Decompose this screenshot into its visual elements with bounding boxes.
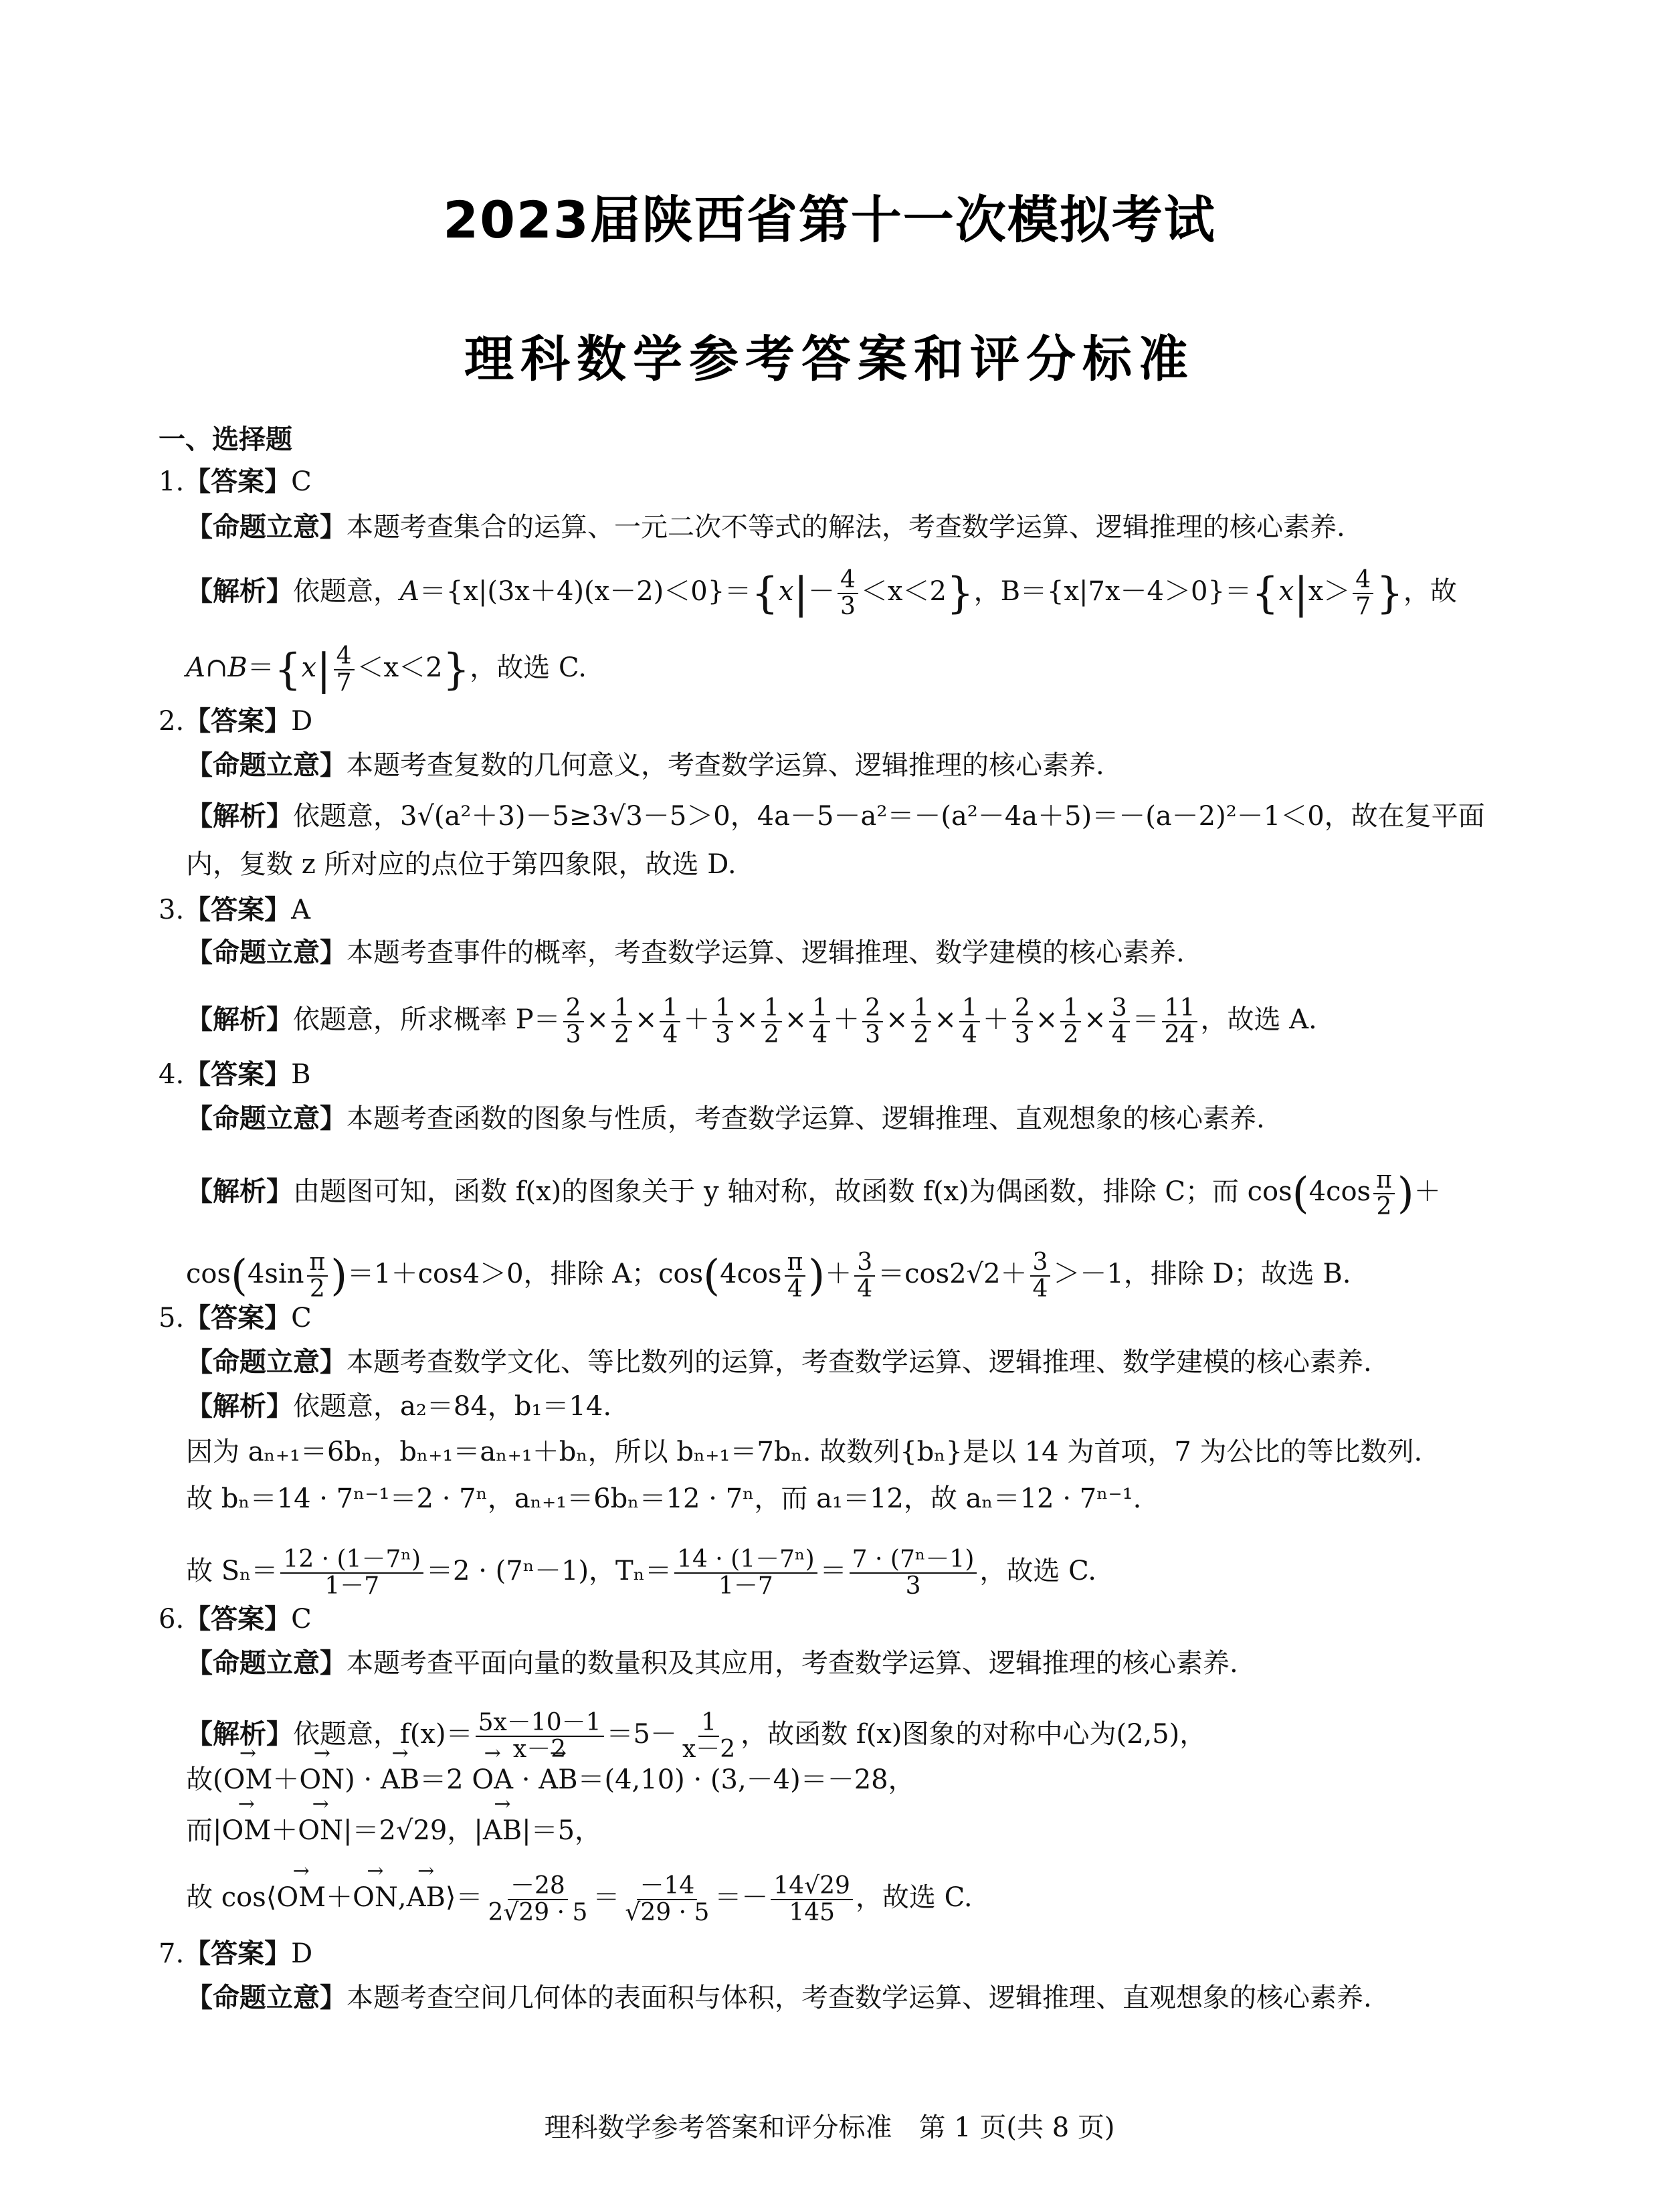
q3-intent: 【命题立意】本题考查事件的概率，考查数学运算、逻辑推理、数学建模的核心素养. bbox=[186, 939, 1185, 966]
text: ＝cos2√2＋ bbox=[878, 1259, 1027, 1289]
question-number: 2. bbox=[159, 706, 184, 737]
fraction: π2 bbox=[307, 1250, 328, 1302]
fraction: 1x－2 bbox=[680, 1710, 738, 1762]
intent-text: 本题考查函数的图象与性质，考查数学运算、逻辑推理、直观想象的核心素养. bbox=[347, 1103, 1265, 1134]
answer-label: 【答案】 bbox=[184, 705, 291, 737]
text: ，故选 C. bbox=[979, 1556, 1096, 1586]
question-number: 1. bbox=[159, 466, 184, 497]
intent-label: 【命题立意】 bbox=[186, 1647, 347, 1679]
answer-label: 【答案】 bbox=[184, 466, 291, 497]
intent-text: 本题考查复数的几何意义，考查数学运算、逻辑推理的核心素养. bbox=[347, 750, 1104, 781]
fraction: 34 bbox=[1109, 996, 1130, 1048]
fraction: 12 bbox=[611, 996, 632, 1048]
text: 由题图可知，函数 f(x)的图象关于 y 轴对称，故函数 f(x)为偶函数，排除… bbox=[293, 1176, 1292, 1207]
text: 依题意，3√(a²＋3)－5≥3√3－5＞0，4a－5－a²＝－(a²－4a＋5… bbox=[293, 801, 1485, 832]
intent-text: 本题考查数学文化、等比数列的运算，考查数学运算、逻辑推理、数学建模的核心素养. bbox=[347, 1347, 1372, 1378]
answer-label: 【答案】 bbox=[184, 1603, 291, 1635]
q5-analysis-line-3: 故 bₙ＝14 · 7ⁿ⁻¹＝2 · 7ⁿ，aₙ₊₁＝6bₙ＝12 · 7ⁿ，而… bbox=[186, 1485, 1141, 1512]
analysis-label: 【解析】 bbox=[186, 1390, 293, 1422]
intent-text: 本题考查集合的运算、一元二次不等式的解法，考查数学运算、逻辑推理的核心素养. bbox=[347, 512, 1345, 543]
answer-value: A bbox=[291, 895, 310, 925]
fraction: 14 bbox=[959, 996, 980, 1048]
q1-intent: 【命题立意】本题考查集合的运算、一元二次不等式的解法，考查数学运算、逻辑推理的核… bbox=[186, 514, 1345, 541]
q6-intent: 【命题立意】本题考查平面向量的数量积及其应用，考查数学运算、逻辑推理的核心素养. bbox=[186, 1650, 1238, 1677]
text: 依题意， bbox=[293, 576, 400, 607]
fraction: 34 bbox=[1030, 1250, 1051, 1302]
text: 因为 aₙ₊₁＝6bₙ，bₙ₊₁＝aₙ₊₁＋bₙ，所以 bₙ₊₁＝7bₙ. 故数… bbox=[186, 1437, 1422, 1467]
answer-value: D bbox=[291, 1938, 312, 1969]
analysis-label: 【解析】 bbox=[186, 800, 293, 832]
fraction: 7 · (7ⁿ－1)3 bbox=[850, 1547, 977, 1599]
answer-value: C bbox=[291, 1604, 312, 1635]
fraction: 43 bbox=[838, 567, 858, 620]
text: ，故选 C. bbox=[470, 652, 587, 683]
fraction: 1124 bbox=[1162, 996, 1198, 1048]
q2-analysis-line-1: 【解析】依题意，3√(a²＋3)－5≥3√3－5＞0，4a－5－a²＝－(a²－… bbox=[186, 803, 1485, 830]
text: ＝5－ bbox=[607, 1719, 677, 1750]
fraction: π4 bbox=[785, 1250, 806, 1302]
q7-intent: 【命题立意】本题考查空间几何体的表面积与体积，考查数学运算、逻辑推理、直观想象的… bbox=[186, 1985, 1372, 2011]
text: 故 bₙ＝14 · 7ⁿ⁻¹＝2 · 7ⁿ，aₙ₊₁＝6bₙ＝12 · 7ⁿ，而… bbox=[186, 1483, 1141, 1514]
fraction: 14 bbox=[809, 996, 830, 1048]
answer-value: C bbox=[291, 1303, 312, 1333]
text: |＝5， bbox=[522, 1815, 601, 1846]
q1-analysis-line-1: 【解析】依题意，A＝{x|(3x＋4)(x－2)＜0}＝{x|－43＜x＜2}，… bbox=[186, 567, 1457, 620]
intent-text: 本题考查平面向量的数量积及其应用，考查数学运算、逻辑推理的核心素养. bbox=[347, 1648, 1238, 1679]
intent-label: 【命题立意】 bbox=[186, 749, 347, 781]
fraction: 13 bbox=[712, 996, 733, 1048]
fraction: 34 bbox=[854, 1250, 875, 1302]
q6-analysis-line-3: 而|OM＋ON|＝2√29，|AB|＝5， bbox=[186, 1817, 601, 1844]
text: 而| bbox=[186, 1815, 221, 1846]
intent-text: 本题考查事件的概率，考查数学运算、逻辑推理、数学建模的核心素养. bbox=[347, 937, 1185, 968]
text: |＝2√29，| bbox=[343, 1815, 483, 1846]
text: 依题意，所求概率 P＝ bbox=[293, 1004, 561, 1035]
fraction: 12 · (1－7ⁿ)1－7 bbox=[280, 1547, 423, 1599]
text: ＜x＜2 bbox=[861, 576, 947, 607]
analysis-label: 【解析】 bbox=[186, 575, 293, 607]
q2-intent: 【命题立意】本题考查复数的几何意义，考查数学运算、逻辑推理的核心素养. bbox=[186, 752, 1104, 779]
fraction: 23 bbox=[862, 996, 883, 1048]
answer-value: C bbox=[291, 466, 312, 497]
analysis-label: 【解析】 bbox=[186, 1176, 293, 1207]
intent-label: 【命题立意】 bbox=[186, 937, 347, 968]
text: ，故 bbox=[1403, 576, 1457, 607]
page-footer: 理科数学参考答案和评分标准 第 1 页(共 8 页) bbox=[0, 2106, 1659, 2144]
q4-answer-line: 4.【答案】B bbox=[159, 1061, 311, 1088]
intent-label: 【命题立意】 bbox=[186, 1346, 347, 1378]
fraction: 47 bbox=[334, 644, 355, 696]
document-subtitle: 理科数学参考答案和评分标准 bbox=[0, 320, 1659, 391]
section-heading: 一、选择题 bbox=[159, 418, 292, 456]
text: cos bbox=[186, 1259, 231, 1289]
fraction: 14√29145 bbox=[771, 1873, 853, 1926]
text: x＞ bbox=[1308, 576, 1351, 607]
intent-label: 【命题立意】 bbox=[186, 511, 347, 543]
q7-answer-line: 7.【答案】D bbox=[159, 1940, 312, 1967]
text: ＞－1，排除 D；故选 B. bbox=[1053, 1259, 1351, 1289]
question-number: 4. bbox=[159, 1059, 184, 1090]
fraction: 12 bbox=[911, 996, 932, 1048]
q4-intent: 【命题立意】本题考查函数的图象与性质，考查数学运算、逻辑推理、直观想象的核心素养… bbox=[186, 1105, 1265, 1132]
q6-answer-line: 6.【答案】C bbox=[159, 1606, 312, 1633]
answer-label: 【答案】 bbox=[184, 1302, 291, 1333]
q2-analysis-line-2: 内，复数 z 所对应的点位于第四象限，故选 D. bbox=[186, 851, 737, 878]
fraction: 23 bbox=[563, 996, 584, 1048]
text: ，故函数 f(x)图象的对称中心为(2,5)， bbox=[741, 1719, 1206, 1750]
intent-text: 本题考查空间几何体的表面积与体积，考查数学运算、逻辑推理、直观想象的核心素养. bbox=[347, 1983, 1372, 2013]
fraction: 14 · (1－7ⁿ)1－7 bbox=[674, 1547, 817, 1599]
q2-answer-line: 2.【答案】D bbox=[159, 708, 312, 735]
answer-value: B bbox=[291, 1059, 310, 1090]
answer-label: 【答案】 bbox=[184, 1938, 291, 1969]
q6-analysis-line-4: 故 cos⟨OM＋ON,AB⟩＝－282√29 · 5＝－14√29 · 5＝－… bbox=[186, 1873, 973, 1926]
answer-value: D bbox=[291, 706, 312, 737]
q3-answer-line: 3.【答案】A bbox=[159, 897, 310, 923]
text: 故 Sₙ＝ bbox=[186, 1556, 278, 1586]
q5-intent: 【命题立意】本题考查数学文化、等比数列的运算，考查数学运算、逻辑推理、数学建模的… bbox=[186, 1349, 1372, 1376]
q5-analysis-line-2: 因为 aₙ₊₁＝6bₙ，bₙ₊₁＝aₙ₊₁＋bₙ，所以 bₙ₊₁＝7bₙ. 故数… bbox=[186, 1439, 1422, 1465]
q4-analysis-line-1: 【解析】由题图可知，函数 f(x)的图象关于 y 轴对称，故函数 f(x)为偶函… bbox=[186, 1168, 1441, 1220]
analysis-label: 【解析】 bbox=[186, 1004, 293, 1035]
text: ＝(4,10) · (3,－4)＝－28， bbox=[577, 1764, 914, 1795]
text: ＝2 · (7ⁿ－1)，Tₙ＝ bbox=[426, 1556, 672, 1586]
q5-analysis-line-1: 【解析】依题意，a₂＝84，b₁＝14. bbox=[186, 1393, 611, 1420]
answer-label: 【答案】 bbox=[184, 1058, 291, 1090]
text: ＝1＋cos4＞0，排除 A；cos bbox=[347, 1259, 703, 1289]
intent-label: 【命题立意】 bbox=[186, 1982, 347, 2013]
text: 故 cos⟨ bbox=[186, 1882, 276, 1913]
fraction: 12 bbox=[761, 996, 782, 1048]
text: 依题意，a₂＝84，b₁＝14. bbox=[293, 1391, 611, 1422]
fraction: 12 bbox=[1060, 996, 1081, 1048]
question-number: 7. bbox=[159, 1938, 184, 1969]
fraction: 14 bbox=[660, 996, 680, 1048]
q4-analysis-line-2: cos(4sinπ2)＝1＋cos4＞0，排除 A；cos(4cosπ4)＋34… bbox=[186, 1250, 1351, 1302]
q3-analysis-line-1: 【解析】依题意，所求概率 P＝23×12×14＋13×12×14＋23×12×1… bbox=[186, 996, 1317, 1048]
fraction: －282√29 · 5 bbox=[486, 1873, 591, 1926]
text: ＜x＜2 bbox=[357, 652, 443, 683]
fraction: 23 bbox=[1012, 996, 1033, 1048]
q5-answer-line: 5.【答案】C bbox=[159, 1305, 312, 1331]
question-number: 3. bbox=[159, 895, 184, 925]
text: ＝{x|(3x＋4)(x－2)＜0}＝ bbox=[419, 576, 751, 607]
text: ，B＝{x|7x－4＞0}＝ bbox=[974, 576, 1252, 607]
question-number: 6. bbox=[159, 1604, 184, 1635]
text: 故( bbox=[186, 1764, 223, 1795]
question-number: 5. bbox=[159, 1303, 184, 1333]
answer-label: 【答案】 bbox=[184, 894, 291, 925]
q1-answer-line: 1.【答案】C bbox=[159, 468, 312, 495]
document-title: 2023届陕西省第十一次模拟考试 bbox=[0, 179, 1659, 252]
intent-label: 【命题立意】 bbox=[186, 1103, 347, 1134]
text: 内，复数 z 所对应的点位于第四象限，故选 D. bbox=[186, 849, 737, 880]
text: ，故选 C. bbox=[856, 1882, 973, 1913]
q6-analysis-line-2: 故(OM＋ON) · AB＝2 OA · AB＝(4,10) · (3,－4)＝… bbox=[186, 1766, 915, 1793]
fraction: π2 bbox=[1373, 1168, 1395, 1220]
q5-analysis-line-4: 故 Sₙ＝12 · (1－7ⁿ)1－7＝2 · (7ⁿ－1)，Tₙ＝14 · (… bbox=[186, 1547, 1096, 1599]
document-page: 2023届陕西省第十一次模拟考试 理科数学参考答案和评分标准 一、选择题 1.【… bbox=[0, 0, 1659, 2212]
fraction: 47 bbox=[1353, 567, 1373, 620]
q1-analysis-line-2: A∩B＝{x|47＜x＜2}，故选 C. bbox=[186, 644, 587, 696]
text: ，故选 A. bbox=[1200, 1004, 1316, 1035]
fraction: －14√29 · 5 bbox=[622, 1873, 712, 1926]
